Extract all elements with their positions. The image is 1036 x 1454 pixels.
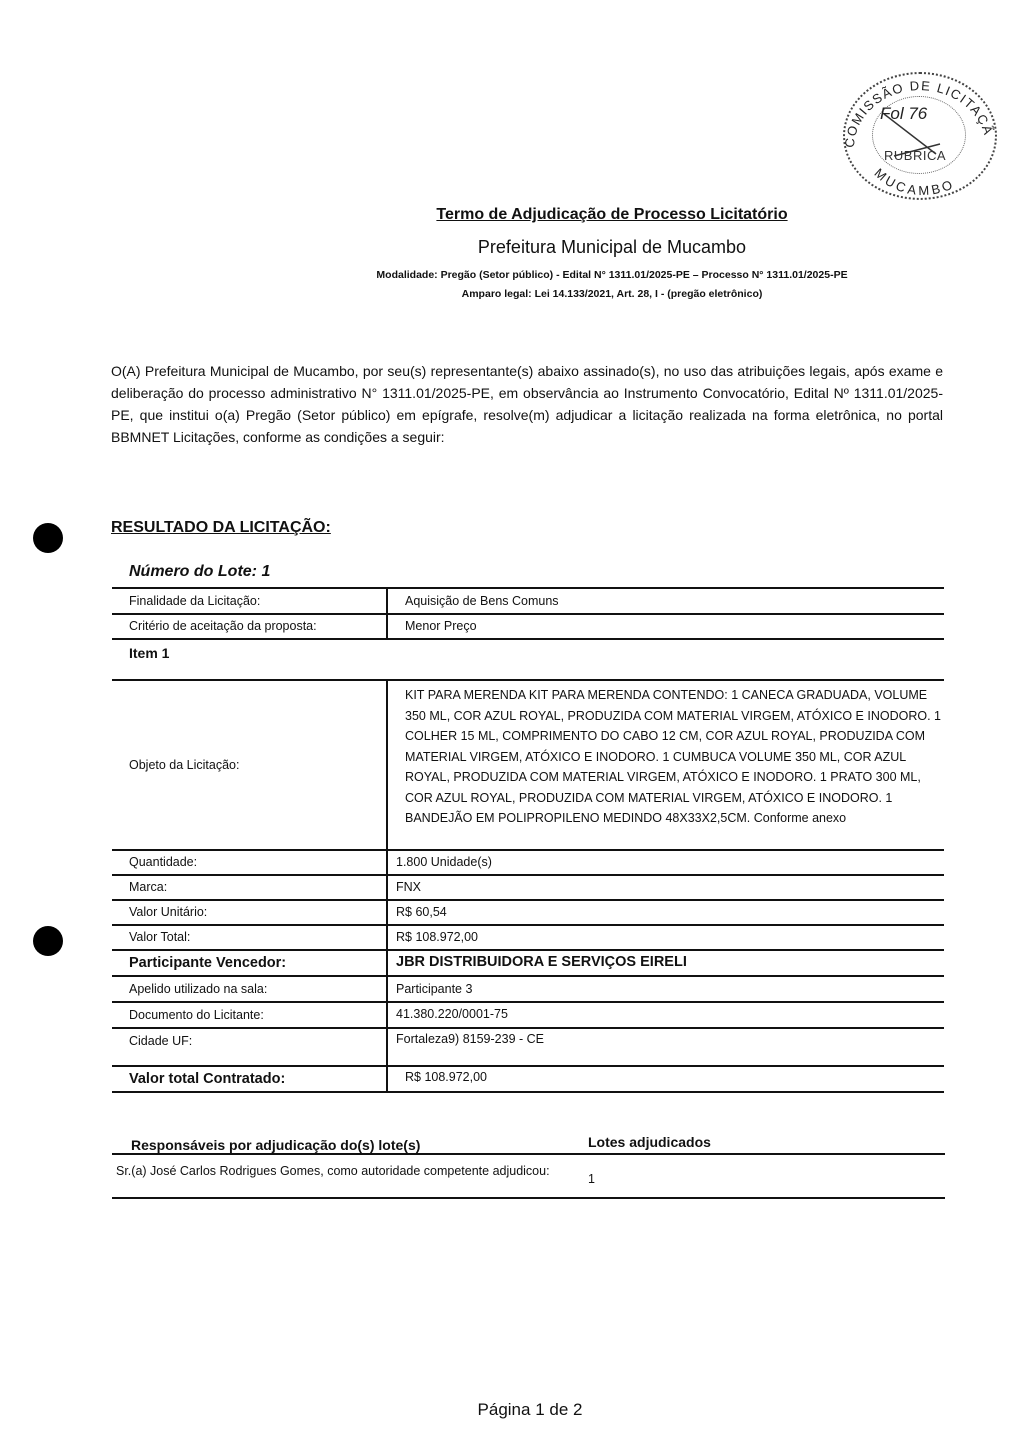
responsavel-text: Sr.(a) José Carlos Rodrigues Gomes, como… xyxy=(116,1162,556,1181)
stamp-folio: Fol 76 xyxy=(880,104,927,124)
valor-total-value: R$ 108.972,00 xyxy=(396,930,478,944)
valor-unitario-label: Valor Unitário: xyxy=(129,905,207,919)
quantidade-value: 1.800 Unidade(s) xyxy=(396,855,492,869)
table-column-divider xyxy=(386,588,388,639)
table-rule xyxy=(112,899,944,901)
marca-value: FNX xyxy=(396,880,421,894)
lote-title: Número do Lote: 1 xyxy=(129,563,270,581)
document-title: Termo de Adjudicação de Processo Licitat… xyxy=(0,206,1036,224)
svg-text:MUCAMBO: MUCAMBO xyxy=(872,165,958,198)
criterio-value: Menor Preço xyxy=(405,619,477,633)
table-rule xyxy=(112,1001,944,1003)
table-rule xyxy=(112,849,944,851)
vencedor-value: JBR DISTRIBUIDORA E SERVIÇOS EIRELI xyxy=(396,954,687,970)
apelido-label: Apelido utilizado na sala: xyxy=(129,982,267,996)
cidade-uf-label: Cidade UF: xyxy=(129,1034,192,1048)
valor-total-label: Valor Total: xyxy=(129,930,190,944)
valor-unitario-value: R$ 60,54 xyxy=(396,905,447,919)
responsaveis-header: Responsáveis por adjudicação do(s) lote(… xyxy=(131,1137,420,1153)
criterio-label: Critério de aceitação da proposta: xyxy=(129,619,317,633)
marca-label: Marca: xyxy=(129,880,167,894)
cidade-uf-value: Fortaleza9) 8159-239 - CE xyxy=(396,1032,544,1046)
page-number: Página 1 de 2 xyxy=(0,1400,1036,1420)
document-subtitle: Prefeitura Municipal de Mucambo xyxy=(0,237,1036,258)
documento-value: 41.380.220/0001-75 xyxy=(396,1007,508,1021)
punch-hole-icon xyxy=(33,926,63,956)
table-rule xyxy=(112,679,944,681)
table-rule xyxy=(112,975,944,977)
responsavel-lotes: 1 xyxy=(588,1172,595,1186)
lotes-adjudicados-header: Lotes adjudicados xyxy=(588,1134,711,1150)
valor-total-contratado-value: R$ 108.972,00 xyxy=(405,1070,487,1084)
table-rule xyxy=(112,949,944,951)
table-column-divider xyxy=(386,680,388,1092)
table-rule xyxy=(112,613,944,615)
item-title: Item 1 xyxy=(129,645,169,661)
section-title-resultado: RESULTADO DA LICITAÇÃO: xyxy=(111,519,331,537)
table-rule xyxy=(112,1091,944,1093)
modalidade-line: Modalidade: Pregão (Setor público) - Edi… xyxy=(0,269,1036,281)
objeto-label: Objeto da Licitação: xyxy=(129,758,240,772)
table-rule xyxy=(112,1153,945,1155)
table-rule xyxy=(112,924,944,926)
table-rule xyxy=(112,587,944,589)
table-rule xyxy=(112,638,944,640)
finalidade-label: Finalidade da Licitação: xyxy=(129,594,260,608)
table-rule xyxy=(112,1065,944,1067)
vencedor-label: Participante Vencedor: xyxy=(129,955,286,971)
stamp-ring-text-icon: COMISSÃO DE LICITAÇÃO MUCAMBO xyxy=(836,64,1002,204)
objeto-value: KIT PARA MERENDA KIT PARA MERENDA CONTEN… xyxy=(405,685,945,829)
apelido-value: Participante 3 xyxy=(396,982,472,996)
table-rule xyxy=(112,1197,945,1199)
documento-label: Documento do Licitante: xyxy=(129,1008,264,1022)
intro-paragraph: O(A) Prefeitura Municipal de Mucambo, po… xyxy=(111,360,943,448)
valor-total-contratado-label: Valor total Contratado: xyxy=(129,1071,285,1087)
stamp-rubrica: RUBRICA xyxy=(884,148,946,163)
table-rule xyxy=(112,1027,944,1029)
table-rule xyxy=(112,874,944,876)
amparo-legal-line: Amparo legal: Lei 14.133/2021, Art. 28, … xyxy=(0,288,1036,300)
finalidade-value: Aquisição de Bens Comuns xyxy=(405,594,559,608)
punch-hole-icon xyxy=(33,523,63,553)
quantidade-label: Quantidade: xyxy=(129,855,197,869)
